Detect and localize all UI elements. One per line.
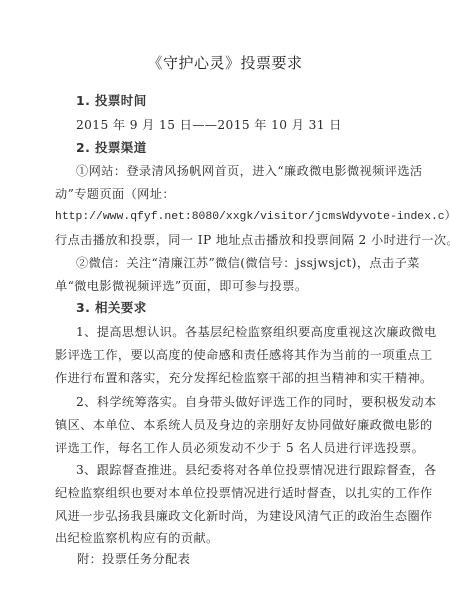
paragraph-line: 风进一步弘扬我县廉政文化新时尚，为建设风清气正的政治生态圈作 [55,508,433,524]
paragraph-line: 动”专题页面（网址： [55,186,175,202]
voting-period: 2015 年 9 月 15 日——2015 年 10 月 31 日 [76,117,342,133]
paragraph-line: 2、科学统筹落实。自身带头做好评选工作的同时，要积极发动本 [76,394,437,410]
vote-url-link[interactable]: http://www.qfyf.net:8080/xxgk/visitor/jc… [55,209,450,225]
paragraph-line: 纪检监察组织也要对本单位投票情况进行适时督查，以扎实的工作作 [55,485,433,501]
section-heading-requirements: 3. 相关要求 [76,300,147,316]
paragraph-line: 3、跟踪督查推进。县纪委将对各单位投票情况进行跟踪督查，各 [76,462,437,478]
section-heading-voting-channels: 2. 投票渠道 [76,140,147,156]
corner-stamp-mark [4,0,50,4]
paragraph-line: 镇区、本单位、本系统人员及身边的亲朋好友协同做好廉政微电影的 [55,417,433,433]
paragraph-line: 影评选工作，要以高度的使命感和责任感将其作为当前的一项重点工 [55,347,433,363]
paragraph-line: ①网站：登录清风扬帆网首页，进入“廉政微电影微视频评选活 [76,163,423,179]
paragraph-line: 作进行布置和落实，充分发挥纪检监察干部的担当精神和实干精神。 [55,370,433,386]
attachment-note: 附：投票任务分配表 [77,551,190,567]
document-title: 《守护心灵》投票要求 [0,52,450,73]
paragraph-line: 出纪检监察机构应有的贡献。 [55,530,219,546]
paragraph-line: ②微信：关注“清廉江苏”微信(微信号：jssjwsjct)，点击子菜 [76,255,420,271]
paragraph-line: 单“微电影微视频评选”页面，即可参与投票。 [55,278,307,294]
paragraph-line: 行点击播放和投票，同一 IP 地址点击播放和投票间隔 2 小时进行一次。 [55,232,450,248]
paragraph-line: 评选工作，每名工作人员必须发动不少于 5 名人员进行评选投票。 [55,440,424,456]
paragraph-line: 1、提高思想认识。各基层纪检监察组织要高度重视这次廉政微电 [76,324,437,340]
section-heading-voting-time: 1. 投票时间 [76,93,147,109]
